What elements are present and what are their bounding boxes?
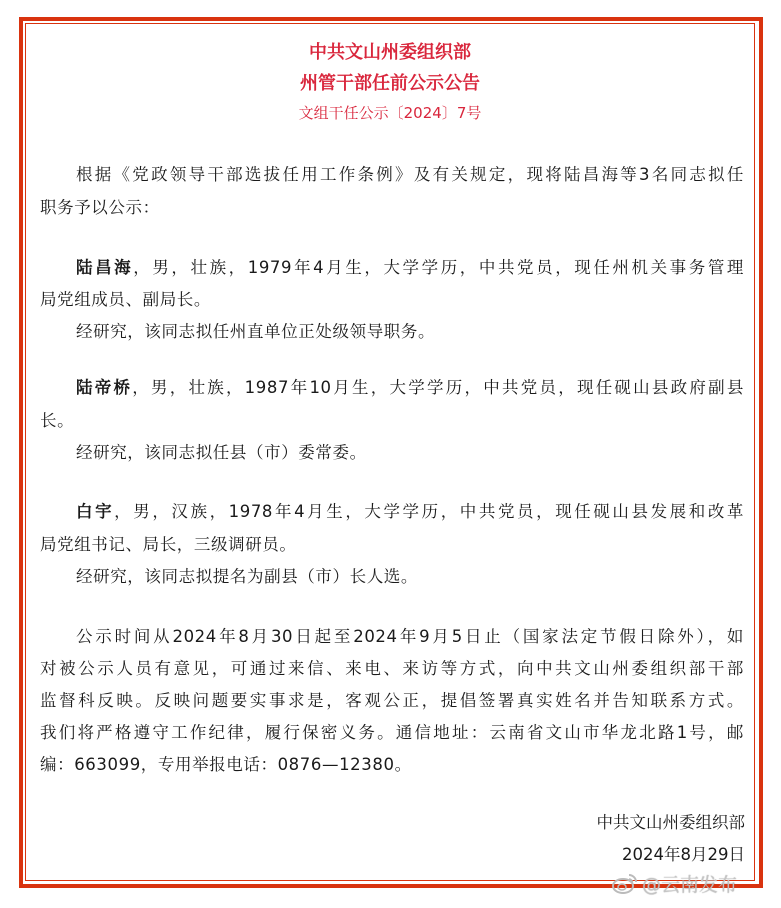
candidate-1-line-2: 局党组成员、副局长。 — [40, 289, 750, 311]
candidate-3-line-2: 局党组书记、局长，三级调研员。 — [40, 534, 750, 556]
candidate-3-decision: 经研究，该同志拟提名为副县（市）长人选。 — [76, 566, 781, 588]
issuer-title: 中共文山州委组织部 — [25, 38, 755, 64]
candidate-2-line-1: 陆帝桥，男，壮族，1987年10月生，大学学历，中共党员，现任砚山县政府副县 — [76, 377, 744, 399]
candidate-3-name: 白宇 — [76, 502, 114, 521]
signature-date: 2024年8月29日 — [622, 844, 745, 866]
candidate-3-line-1: 白宇，男，汉族，1978年4月生，大学学历，中共党员，现任砚山县发展和改革 — [76, 501, 744, 523]
candidate-2-name: 陆帝桥 — [76, 378, 132, 397]
intro-line-2: 职务予以公示： — [40, 197, 750, 219]
watermark-text: @云南发布 — [642, 870, 737, 897]
signature-org: 中共文山州委组织部 — [597, 812, 746, 834]
notice-line-2: 对被公示人员有意见，可通过来信、来电、来访等方式，向中共文山州委组织部干部 — [40, 658, 744, 680]
weibo-watermark: @云南发布 — [612, 868, 737, 898]
weibo-icon — [612, 872, 638, 894]
notice-title: 州管干部任前公示公告 — [25, 69, 755, 95]
candidate-2-line-2: 长。 — [40, 410, 750, 432]
candidate-3-details: ，男，汉族，1978年4月生，大学学历，中共党员，现任砚山县发展和改革 — [114, 502, 744, 521]
candidate-1-name: 陆昌海 — [76, 258, 133, 277]
notice-line-1: 公示时间从2024年8月30日起至2024年9月5日止（国家法定节假日除外），如 — [76, 626, 744, 648]
candidate-2-details: ，男，壮族，1987年10月生，大学学历，中共党员，现任砚山县政府副县 — [132, 378, 744, 397]
candidate-2-decision: 经研究，该同志拟任县（市）委常委。 — [76, 442, 781, 464]
notice-line-4: 我们将严格遵守工作纪律，履行保密义务。通信地址：云南省文山市华龙北路1号，邮 — [40, 722, 744, 744]
document-number: 文组干任公示〔2024〕7号 — [25, 102, 755, 123]
candidate-1-line-1: 陆昌海，男，壮族，1979年4月生，大学学历，中共党员，现任州机关事务管理 — [76, 257, 744, 279]
intro-line-1: 根据《党政领导干部选拔任用工作条例》及有关规定，现将陆昌海等3名同志拟任 — [76, 164, 744, 186]
candidate-1-decision: 经研究，该同志拟任州直单位正处级领导职务。 — [76, 321, 781, 343]
notice-line-5: 编：663099，专用举报电话：0876—12380。 — [40, 754, 750, 776]
candidate-1-details: ，男，壮族，1979年4月生，大学学历，中共党员，现任州机关事务管理 — [133, 258, 744, 277]
notice-line-3: 监督科反映。反映问题要实事求是，客观公正，提倡签署真实姓名并告知联系方式。 — [40, 690, 744, 712]
